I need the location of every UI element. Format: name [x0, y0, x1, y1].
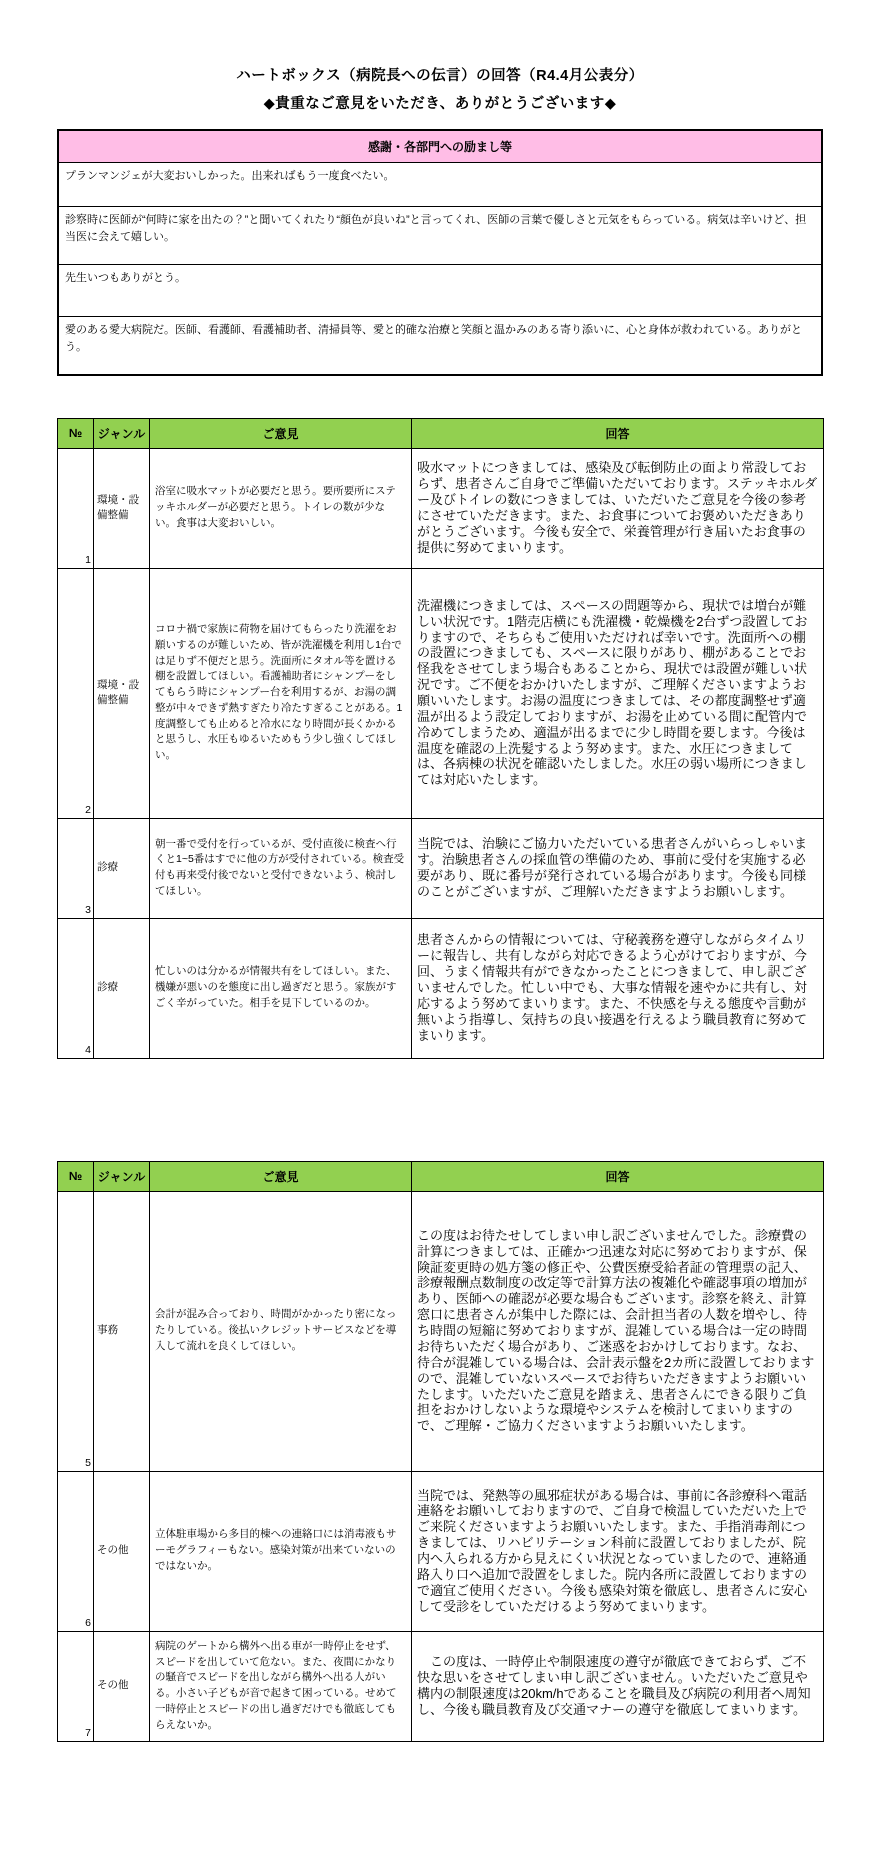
row-genre: 環境・設備整備: [94, 448, 150, 568]
table-row: プランマンジェが大変おいしかった。出来ればもう一度食べたい。: [58, 163, 822, 207]
row-opinion: 立体駐車場から多目的棟への連絡口には消毒液もサーモグラフィーもない。感染対策が出…: [150, 1471, 412, 1631]
row-genre: 診療: [94, 818, 150, 918]
row-opinion: 忙しいのは分かるが情報共有をしてほしい。また、機嫌が悪いのを態度に出し過ぎだと思…: [150, 918, 412, 1058]
document-page: ハートボックス（病院長への伝言）の回答（R4.4月公表分） ◆貴重なご意見をいた…: [57, 0, 823, 1742]
thanks-table-header: 感謝・各部門への励まし等: [58, 130, 822, 163]
row-genre: その他: [94, 1471, 150, 1631]
row-genre: 診療: [94, 918, 150, 1058]
row-genre: その他: [94, 1631, 150, 1741]
row-answer: 患者さんからの情報については、守秘義務を遵守しながらタイムリーに報告し、共有しな…: [412, 918, 824, 1058]
thanks-comment: 診察時に医師が“何時に家を出たの？”と聞いてくれたり“顔色が良いね”と言ってくれ…: [58, 207, 822, 265]
row-number: 5: [58, 1191, 94, 1471]
row-number: 3: [58, 818, 94, 918]
page-title: ハートボックス（病院長への伝言）の回答（R4.4月公表分）: [57, 64, 823, 85]
table-row: 5 事務 会計が混み合っており、時間がかかったり密になったりしている。後払いクレ…: [58, 1191, 824, 1471]
table-row: 1 環境・設備整備 浴室に吸水マットが必要だと思う。要所要所にステッキホルダーが…: [58, 448, 824, 568]
table-row: 3 診療 朝一番で受付を行っているが、受付直後に検査へ行くと1~5番はすでに他の…: [58, 818, 824, 918]
thanks-comment: プランマンジェが大変おいしかった。出来ればもう一度食べたい。: [58, 163, 822, 207]
row-opinion: コロナ禍で家族に荷物を届けてもらったり洗濯をお願いするのが難しいため、皆が洗濯機…: [150, 568, 412, 818]
table-row: 2 環境・設備整備 コロナ禍で家族に荷物を届けてもらったり洗濯をお願いするのが難…: [58, 568, 824, 818]
row-number: 1: [58, 448, 94, 568]
row-answer: この度は、一時停止や制限速度の遵守が徹底できておらず、ご不快な思いをさせてしまい…: [412, 1631, 824, 1741]
row-opinion: 会計が混み合っており、時間がかかったり密になったりしている。後払いクレジットサー…: [150, 1191, 412, 1471]
feedback-header-row: № ジャンル ご意見 回答: [58, 1161, 824, 1191]
row-number: 2: [58, 568, 94, 818]
table-row: 6 その他 立体駐車場から多目的棟への連絡口には消毒液もサーモグラフィーもない。…: [58, 1471, 824, 1631]
col-header-opinion: ご意見: [150, 418, 412, 448]
table-row: 7 その他 病院のゲートから構外へ出る車が一時停止をせず、スピードを出していて危…: [58, 1631, 824, 1741]
col-header-opinion: ご意見: [150, 1161, 412, 1191]
title-block: ハートボックス（病院長への伝言）の回答（R4.4月公表分） ◆貴重なご意見をいた…: [57, 0, 823, 113]
feedback-header-row: № ジャンル ご意見 回答: [58, 418, 824, 448]
thanks-comment: 先生いつもありがとう。: [58, 265, 822, 317]
table-row: 先生いつもありがとう。: [58, 265, 822, 317]
row-answer: 洗濯機につきましては、スペースの問題等から、現状では増台が難しい状況です。1階売…: [412, 568, 824, 818]
table-row: 4 診療 忙しいのは分かるが情報共有をしてほしい。また、機嫌が悪いのを態度に出し…: [58, 918, 824, 1058]
row-opinion: 病院のゲートから構外へ出る車が一時停止をせず、スピードを出していて危ない。また、…: [150, 1631, 412, 1741]
table-row: 診察時に医師が“何時に家を出たの？”と聞いてくれたり“顔色が良いね”と言ってくれ…: [58, 207, 822, 265]
row-opinion: 朝一番で受付を行っているが、受付直後に検査へ行くと1~5番はすでに他の方が受付さ…: [150, 818, 412, 918]
thanks-table: 感謝・各部門への励まし等 プランマンジェが大変おいしかった。出来ればもう一度食べ…: [57, 129, 823, 376]
feedback-table-2: № ジャンル ご意見 回答 5 事務 会計が混み合っており、時間がかかったり密に…: [57, 1161, 824, 1742]
col-header-genre: ジャンル: [94, 1161, 150, 1191]
page-subtitle: ◆貴重なご意見をいただき、ありがとうございます◆: [57, 92, 823, 113]
row-genre: 事務: [94, 1191, 150, 1471]
row-number: 4: [58, 918, 94, 1058]
row-opinion: 浴室に吸水マットが必要だと思う。要所要所にステッキホルダーが必要だと思う。トイレ…: [150, 448, 412, 568]
row-answer: 当院では、発熱等の風邪症状がある場合は、事前に各診療科へ電話連絡をお願いしており…: [412, 1471, 824, 1631]
row-number: 6: [58, 1471, 94, 1631]
thanks-header-row: 感謝・各部門への励まし等: [58, 130, 822, 163]
table-row: 愛のある愛大病院だ。医師、看護師、看護補助者、清掃員等、愛と的確な治療と笑顔と温…: [58, 317, 822, 375]
feedback-table-1: № ジャンル ご意見 回答 1 環境・設備整備 浴室に吸水マットが必要だと思う。…: [57, 418, 824, 1059]
col-header-answer: 回答: [412, 418, 824, 448]
col-header-no: №: [58, 418, 94, 448]
row-answer: 吸水マットにつきましては、感染及び転倒防止の面より常設しておらず、患者さんご自身…: [412, 448, 824, 568]
col-header-no: №: [58, 1161, 94, 1191]
col-header-genre: ジャンル: [94, 418, 150, 448]
row-answer: この度はお待たせしてしまい申し訳ございませんでした。診療費の計算につきましては、…: [412, 1191, 824, 1471]
col-header-answer: 回答: [412, 1161, 824, 1191]
row-answer: 当院では、治験にご協力いただいている患者さんがいらっしゃいます。治験患者さんの採…: [412, 818, 824, 918]
row-genre: 環境・設備整備: [94, 568, 150, 818]
thanks-comment: 愛のある愛大病院だ。医師、看護師、看護補助者、清掃員等、愛と的確な治療と笑顔と温…: [58, 317, 822, 375]
row-number: 7: [58, 1631, 94, 1741]
